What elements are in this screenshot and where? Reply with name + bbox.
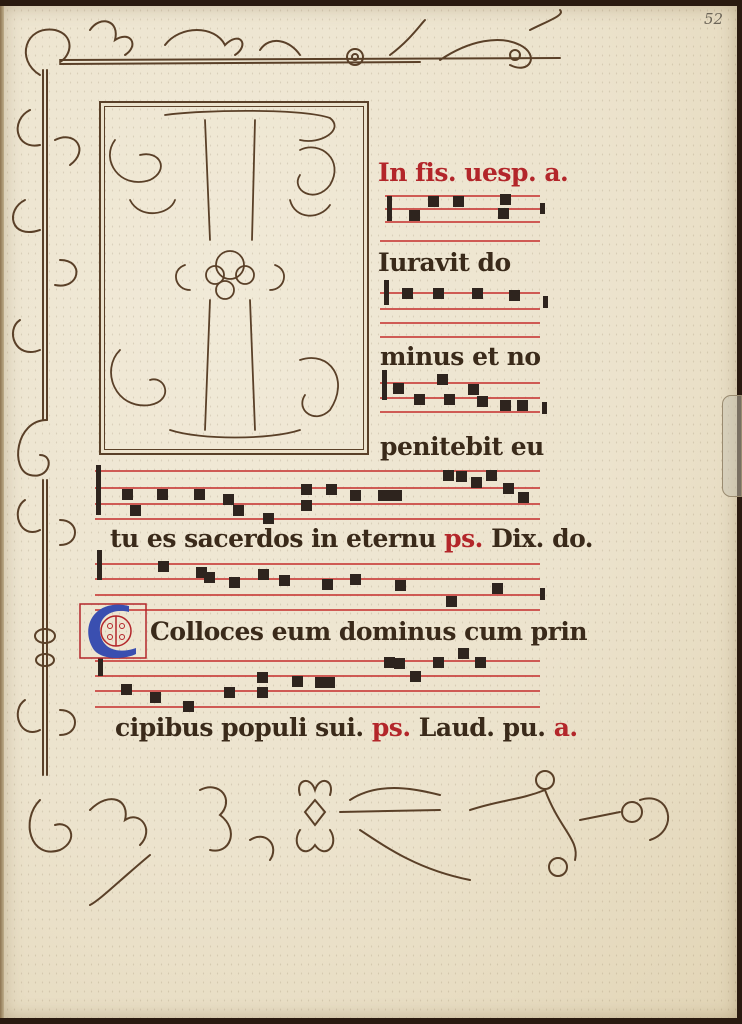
neume: [443, 470, 454, 481]
neume: [158, 561, 169, 572]
neume: [446, 596, 457, 607]
neume: [468, 384, 479, 395]
decorated-initial-c: [74, 598, 152, 664]
staff-line: [95, 660, 540, 662]
chant-text-line-4: tu es sacerdos in eternu ps. Dix. do.: [110, 524, 593, 553]
psalm-rubric: ps.: [372, 713, 411, 742]
chant-text-line-5: Colloces eum dominus cum prin: [150, 617, 587, 646]
staff-line: [380, 336, 540, 338]
neume-ligature: [315, 677, 335, 688]
neume: [229, 577, 240, 588]
custos: [542, 402, 547, 414]
neume: [410, 671, 421, 682]
neume: [322, 579, 333, 590]
rubric-heading: In fis. uesp. a.: [378, 158, 568, 187]
staff-line: [380, 382, 540, 384]
neume: [292, 676, 303, 687]
neume: [157, 489, 168, 500]
staff-line: [380, 322, 540, 324]
chant-text-line-3: penitebit eu: [380, 432, 544, 461]
clef: [382, 370, 387, 400]
neume: [350, 490, 361, 501]
neume: [204, 572, 215, 583]
neume: [409, 210, 420, 221]
custos: [540, 203, 545, 214]
neume: [471, 477, 482, 488]
neume: [301, 500, 312, 511]
neume: [393, 383, 404, 394]
neume: [444, 394, 455, 405]
staff-line: [95, 706, 540, 708]
neume: [456, 471, 467, 482]
neume: [492, 583, 503, 594]
neume: [301, 484, 312, 495]
neume: [500, 194, 511, 205]
chant-text: tu es sacerdos in eternu: [110, 524, 436, 553]
neume: [122, 489, 133, 500]
clef: [97, 550, 102, 580]
clef: [384, 280, 389, 305]
psalm-incipit: Dix. do.: [491, 524, 593, 553]
neume: [498, 208, 509, 219]
neume: [395, 580, 406, 591]
antiphon-rubric: a.: [554, 713, 578, 742]
staff-line: [95, 470, 540, 472]
neume: [486, 470, 497, 481]
neume: [402, 288, 413, 299]
neume: [224, 687, 235, 698]
staff-line: [380, 240, 540, 242]
neume: [121, 684, 132, 695]
staff-line: [95, 518, 540, 520]
clef: [96, 465, 101, 515]
neume-ligature: [378, 490, 402, 501]
neume: [194, 489, 205, 500]
neume: [500, 400, 511, 411]
neume: [233, 505, 244, 516]
neume: [517, 400, 528, 411]
chant-text-line-1: Iuravit do: [378, 248, 511, 277]
neume: [428, 196, 439, 207]
neume: [472, 288, 483, 299]
neume: [150, 692, 161, 703]
custos: [540, 588, 545, 600]
neume: [437, 374, 448, 385]
custos: [543, 296, 548, 308]
staff-line: [95, 690, 540, 692]
staff-line: [380, 308, 540, 310]
staff-line: [95, 578, 540, 580]
neume: [258, 569, 269, 580]
neume: [263, 513, 274, 524]
neume: [458, 648, 469, 659]
neume: [279, 575, 290, 586]
staff-line: [95, 594, 540, 596]
neume: [509, 290, 520, 301]
neume: [453, 196, 464, 207]
chant-text-line-6: cipibus populi sui. ps. Laud. pu. a.: [115, 713, 578, 742]
neume: [257, 672, 268, 683]
psalm-rubric: ps.: [444, 524, 483, 553]
clef: [387, 196, 392, 221]
neume: [130, 505, 141, 516]
psalm-incipit: Laud. pu.: [419, 713, 546, 742]
neume: [414, 394, 425, 405]
staff-line: [380, 397, 540, 399]
neume: [183, 701, 194, 712]
neume: [433, 288, 444, 299]
staff-line: [380, 411, 540, 413]
neume: [477, 396, 488, 407]
staff-line: [95, 609, 540, 611]
staff-line: [385, 221, 540, 223]
neume: [503, 483, 514, 494]
neume: [394, 658, 405, 669]
neume: [223, 494, 234, 505]
neume: [257, 687, 268, 698]
decorated-initial-i: [0, 0, 742, 1024]
neume: [518, 492, 529, 503]
neume: [350, 574, 361, 585]
neume: [326, 484, 337, 495]
neume: [475, 657, 486, 668]
neume: [433, 657, 444, 668]
chant-text: cipibus populi sui.: [115, 713, 364, 742]
chant-text-line-2: minus et no: [380, 342, 541, 371]
staff-line: [95, 503, 540, 505]
